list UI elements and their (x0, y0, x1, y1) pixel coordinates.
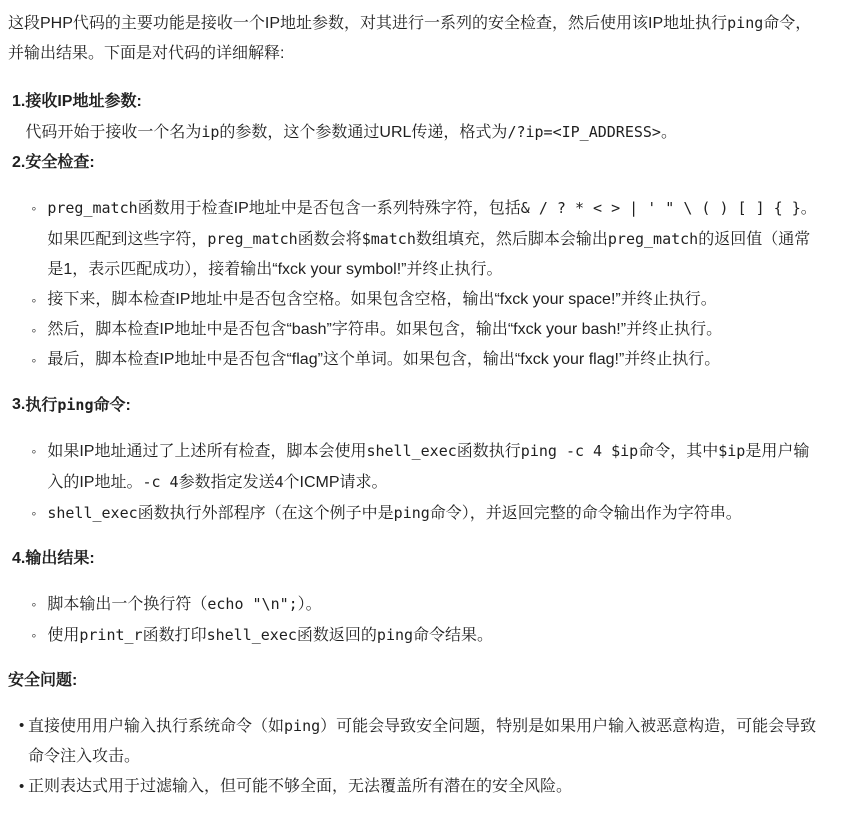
sub-bullet-text: 使用print_r函数打印shell_exec函数返回的ping命令结果。 (47, 620, 820, 651)
list-item-execute-ping: 3. 执行ping命令: ◦ 如果IP地址通过了上述所有检查，脚本会使用shel… (8, 390, 820, 544)
sub-bullet-text: 脚本输出一个换行符（echo "\n";）。 (47, 589, 820, 620)
sub-bullet: ◦ 然后，脚本检查IP地址中是否包含“bash”字符串。如果包含，输出“fxck… (25, 315, 820, 345)
inline-code-text: & / ? * < > | ' " \ ( ) [ ] { } (521, 199, 801, 217)
circle-bullet-marker: ◦ (31, 620, 47, 650)
circle-bullet-marker: ◦ (31, 436, 47, 466)
item-heading: 执行ping命令: (25, 390, 820, 421)
sub-bullet: ◦ 最后，脚本检查IP地址中是否包含“flag”这个单词。如果包含，输出“fxc… (25, 345, 820, 375)
inline-text: 函数执行外部程序（在这个例子中是 (138, 505, 394, 522)
disc-bullet-marker: • (19, 711, 28, 741)
sub-bullet-text: 如果IP地址通过了上述所有检查，脚本会使用shell_exec函数执行ping … (47, 436, 820, 498)
inline-code-text: $ip (718, 442, 745, 460)
item-heading: 输出结果: (25, 544, 820, 574)
inline-code-text: ping (727, 14, 763, 32)
inline-code-text: ip (201, 123, 219, 141)
sub-bullet-list: ◦ 如果IP地址通过了上述所有检查，脚本会使用shell_exec函数执行pin… (25, 436, 820, 529)
sub-bullet: ◦ 使用print_r函数打印shell_exec函数返回的ping命令结果。 (25, 620, 820, 651)
inline-text: 然后，脚本检查IP地址中是否包含“bash”字符串。如果包含，输出“fxck y… (47, 321, 722, 338)
sub-bullet-text: 然后，脚本检查IP地址中是否包含“bash”字符串。如果包含，输出“fxck y… (47, 315, 820, 345)
inline-text: 如果IP地址通过了上述所有检查，脚本会使用 (47, 443, 366, 460)
circle-bullet-marker: ◦ (31, 345, 47, 375)
inline-code-text: preg_match (207, 230, 297, 248)
circle-bullet-marker: ◦ (31, 315, 47, 345)
sub-bullet-list: ◦ 脚本输出一个换行符（echo "\n";）。 ◦ 使用print_r函数打印… (25, 589, 820, 651)
inline-text: 函数返回的 (297, 627, 377, 644)
inline-text: 脚本输出一个换行符（ (47, 596, 207, 613)
inline-text: 接下来，脚本检查IP地址中是否包含空格。如果包含空格，输出“fxck your … (47, 291, 716, 308)
item-content: 接收IP地址参数: 代码开始于接收一个名为ip的参数，这个参数通过URL传递，格… (25, 87, 820, 148)
inline-text: 正则表达式用于过滤输入，但可能不够全面，无法覆盖所有潜在的安全风险。 (28, 778, 572, 795)
inline-text: 数组填充，然后脚本会输出 (416, 231, 608, 248)
inline-code-text: ping -c 4 $ip (521, 442, 638, 460)
inline-text: 。 (661, 124, 677, 141)
item-body: 代码开始于接收一个名为ip的参数，这个参数通过URL传递，格式为/?ip=<IP… (25, 117, 820, 148)
inline-code-text: 安全检查: (25, 154, 94, 171)
inline-code-text: ping (377, 626, 413, 644)
security-bullet: • 直接使用用户输入执行系统命令（如ping）可能会导致安全问题，特别是如果用户… (8, 711, 820, 772)
inline-text: 使用 (47, 627, 79, 644)
inline-text: ）。 (298, 596, 322, 613)
list-item-security-check: 2. 安全检查: ◦ preg_match函数用于检查IP地址中是否包含一系列特… (8, 148, 820, 390)
inline-code-text: shell_exec (207, 626, 297, 644)
security-heading: 安全问题: (8, 666, 820, 696)
sub-bullet: ◦ 如果IP地址通过了上述所有检查，脚本会使用shell_exec函数执行pin… (25, 436, 820, 498)
security-bullet-text: 直接使用用户输入执行系统命令（如ping）可能会导致安全问题，特别是如果用户输入… (28, 711, 820, 772)
inline-code-text: 输出结果: (25, 550, 94, 567)
list-item-output-result: 4. 输出结果: ◦ 脚本输出一个换行符（echo "\n";）。 ◦ 使用pr… (8, 544, 820, 666)
inline-text: 参数指定发送4个ICMP请求。 (179, 474, 388, 491)
item-heading: 接收IP地址参数: (25, 87, 820, 117)
inline-text: 这段PHP代码的主要功能是接收一个IP地址参数，对其进行一系列的安全检查，然后使… (8, 15, 727, 32)
list-item-receive-ip: 1. 接收IP地址参数: 代码开始于接收一个名为ip的参数，这个参数通过URL传… (8, 87, 820, 148)
item-content: 安全检查: ◦ preg_match函数用于检查IP地址中是否包含一系列特殊字符… (25, 148, 820, 390)
inline-text: 函数会将 (298, 231, 362, 248)
inline-code-text: preg_match (47, 199, 137, 217)
inline-text: 命令结果。 (413, 627, 493, 644)
circle-bullet-marker: ◦ (31, 193, 47, 223)
item-number: 3. (12, 390, 25, 420)
item-number: 2. (12, 148, 25, 178)
sub-bullet-text: 最后，脚本检查IP地址中是否包含“flag”这个单词。如果包含，输出“fxck … (47, 345, 820, 375)
inline-text: 函数执行 (457, 443, 521, 460)
item-content: 输出结果: ◦ 脚本输出一个换行符（echo "\n";）。 ◦ 使用print… (25, 544, 820, 666)
inline-code-text: 命令: (93, 397, 130, 414)
inline-code-text: print_r (79, 626, 142, 644)
inline-text: 代码开始于接收一个名为 (25, 124, 201, 141)
sub-bullet-text: 接下来，脚本检查IP地址中是否包含空格。如果包含空格，输出“fxck your … (47, 285, 820, 315)
inline-text: 命令，其中 (638, 443, 718, 460)
inline-code-text: shell_exec (47, 504, 137, 522)
sub-bullet: ◦ preg_match函数用于检查IP地址中是否包含一系列特殊字符，包括& /… (25, 193, 820, 285)
inline-code-text: 执行 (25, 397, 57, 414)
inline-text: 函数用于检查IP地址中是否包含一系列特殊字符，包括 (138, 200, 521, 217)
ordered-list: 1. 接收IP地址参数: 代码开始于接收一个名为ip的参数，这个参数通过URL传… (8, 87, 820, 666)
intro-paragraph: 这段PHP代码的主要功能是接收一个IP地址参数，对其进行一系列的安全检查，然后使… (8, 8, 820, 69)
inline-code-text: /?ip=<IP_ADDRESS> (507, 123, 661, 141)
inline-code-text: 接收IP地址参数: (25, 93, 141, 110)
inline-code-text: ping (284, 717, 320, 735)
inline-text: 命令），并返回完整的命令输出作为字符串。 (430, 505, 742, 522)
inline-text: 最后，脚本检查IP地址中是否包含“flag”这个单词。如果包含，输出“fxck … (47, 351, 720, 368)
sub-bullet-text: shell_exec函数执行外部程序（在这个例子中是ping命令），并返回完整的… (47, 498, 820, 529)
inline-code-text: -c 4 (142, 473, 178, 491)
sub-bullet-list: ◦ preg_match函数用于检查IP地址中是否包含一系列特殊字符，包括& /… (25, 193, 820, 375)
item-number: 1. (12, 87, 25, 117)
sub-bullet-text: preg_match函数用于检查IP地址中是否包含一系列特殊字符，包括& / ?… (47, 193, 820, 285)
inline-code-text: shell_exec (366, 442, 456, 460)
inline-text: 直接使用用户输入执行系统命令（如 (28, 718, 284, 735)
sub-bullet: ◦ shell_exec函数执行外部程序（在这个例子中是ping命令），并返回完… (25, 498, 820, 529)
inline-code-text: preg_match (608, 230, 698, 248)
item-heading: 安全检查: (25, 148, 820, 178)
circle-bullet-marker: ◦ (31, 285, 47, 315)
security-list: • 直接使用用户输入执行系统命令（如ping）可能会导致安全问题，特别是如果用户… (8, 711, 820, 802)
item-number: 4. (12, 544, 25, 574)
sub-bullet: ◦ 脚本输出一个换行符（echo "\n";）。 (25, 589, 820, 620)
inline-code-text: echo "\n"; (207, 595, 297, 613)
item-content: 执行ping命令: ◦ 如果IP地址通过了上述所有检查，脚本会使用shell_e… (25, 390, 820, 544)
inline-code-text: 安全问题: (8, 672, 77, 689)
circle-bullet-marker: ◦ (31, 498, 47, 528)
security-bullet-text: 正则表达式用于过滤输入，但可能不够全面，无法覆盖所有潜在的安全风险。 (28, 772, 820, 802)
inline-code-text: ping (57, 396, 93, 414)
disc-bullet-marker: • (19, 772, 28, 802)
circle-bullet-marker: ◦ (31, 589, 47, 619)
inline-code-text: $match (362, 230, 416, 248)
sub-bullet: ◦ 接下来，脚本检查IP地址中是否包含空格。如果包含空格，输出“fxck you… (25, 285, 820, 315)
inline-text: 函数打印 (143, 627, 207, 644)
security-bullet: • 正则表达式用于过滤输入，但可能不够全面，无法覆盖所有潜在的安全风险。 (8, 772, 820, 802)
inline-text: 的参数，这个参数通过URL传递，格式为 (219, 124, 507, 141)
inline-code-text: ping (394, 504, 430, 522)
document-body: 这段PHP代码的主要功能是接收一个IP地址参数，对其进行一系列的安全检查，然后使… (0, 0, 843, 802)
